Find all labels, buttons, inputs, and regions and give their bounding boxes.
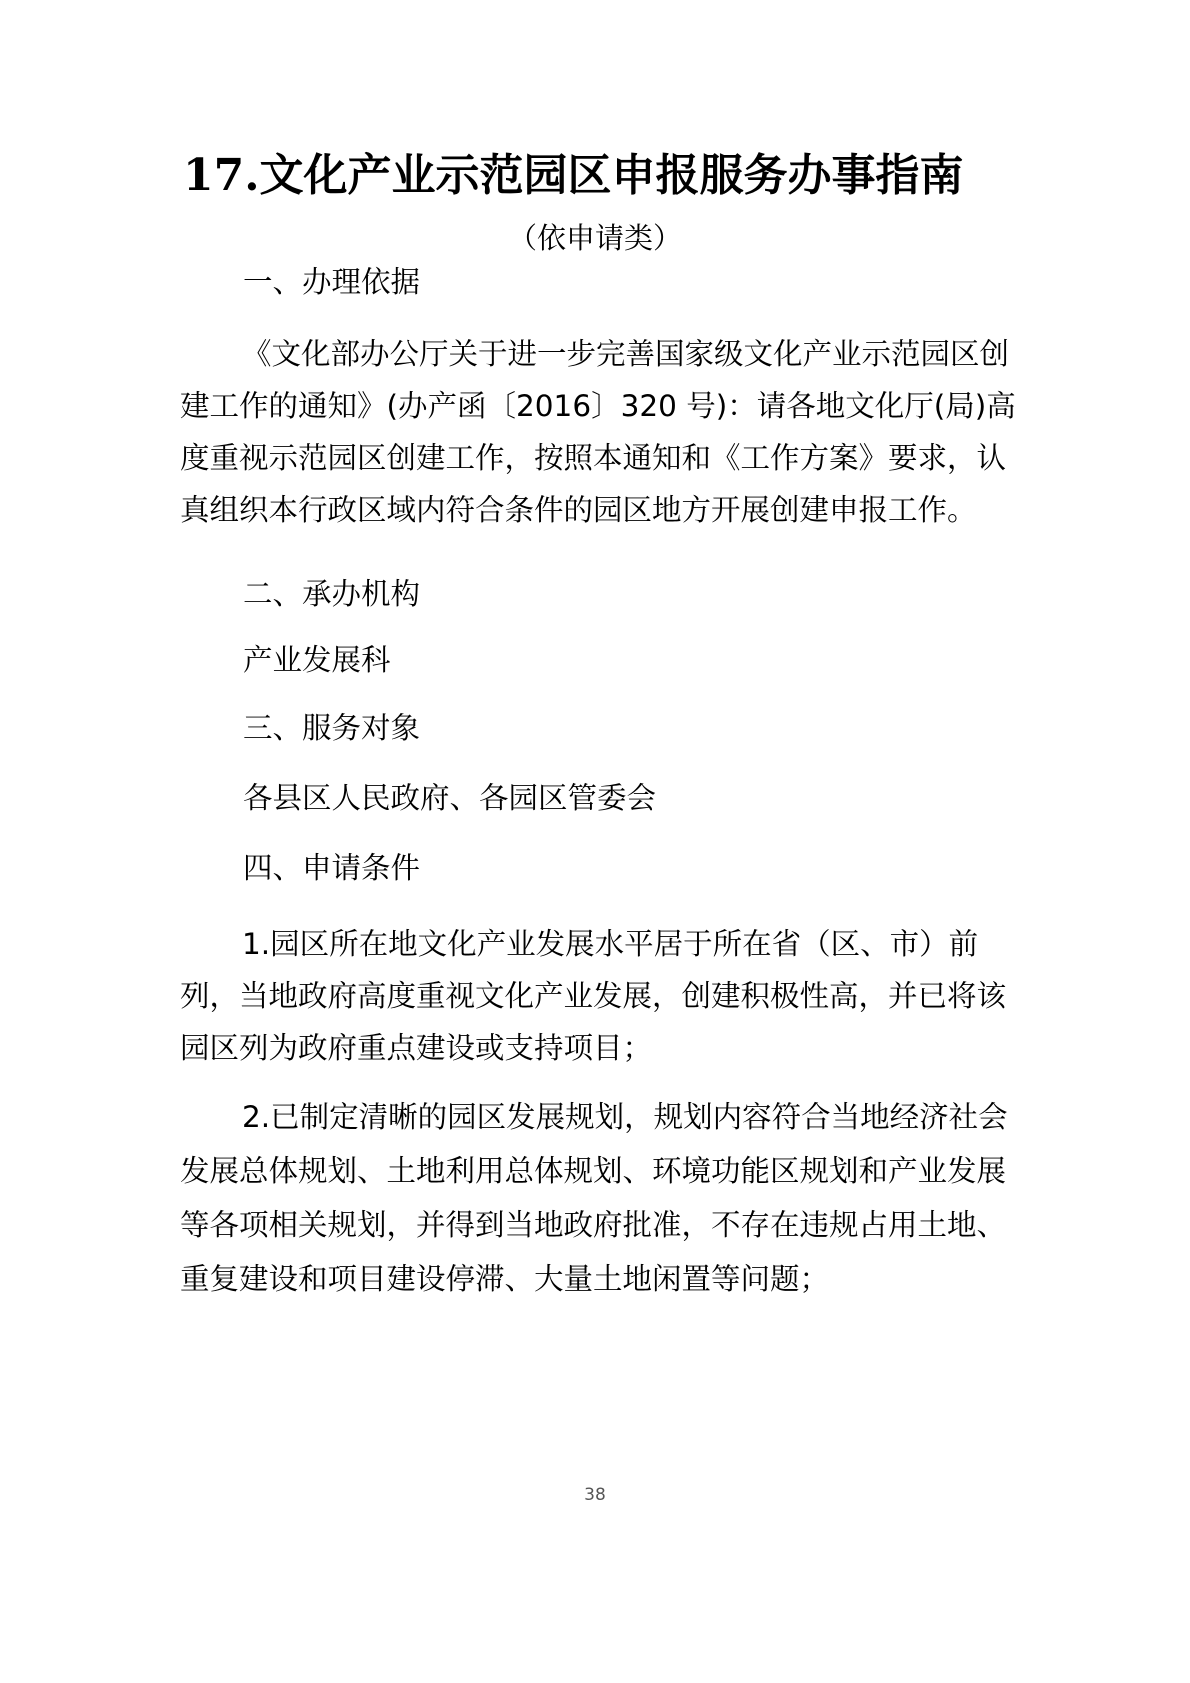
section-heading-target: 三、服务对象 — [243, 708, 420, 748]
page-subtitle: （依申请类） — [0, 218, 1190, 258]
section-heading-conditions: 四、申请条件 — [243, 848, 420, 888]
document-page: 17.文化产业示范园区申报服务办事指南 （依申请类） 一、办理依据 《文化部办公… — [0, 0, 1190, 1683]
subtitle-text: （依申请类） — [508, 218, 682, 258]
page-number: 38 — [0, 1485, 1190, 1505]
condition-item-1: 1.园区所在地文化产业发展水平居于所在省（区、市）前列，当地政府高度重视文化产业… — [180, 918, 1020, 1074]
page-title: 17.文化产业示范园区申报服务办事指南 — [183, 148, 964, 204]
condition-item-2: 2.已制定清晰的园区发展规划，规划内容符合当地经济社会发展总体规划、土地利用总体… — [180, 1090, 1020, 1306]
section-body-agency: 产业发展科 — [243, 640, 391, 680]
section-heading-basis: 一、办理依据 — [243, 262, 420, 302]
section-heading-agency: 二、承办机构 — [243, 574, 420, 614]
section-body-target: 各县区人民政府、各园区管委会 — [243, 778, 656, 818]
section-body-basis: 《文化部办公厅关于进一步完善国家级文化产业示范园区创建工作的通知》(办产函〔20… — [180, 328, 1020, 536]
